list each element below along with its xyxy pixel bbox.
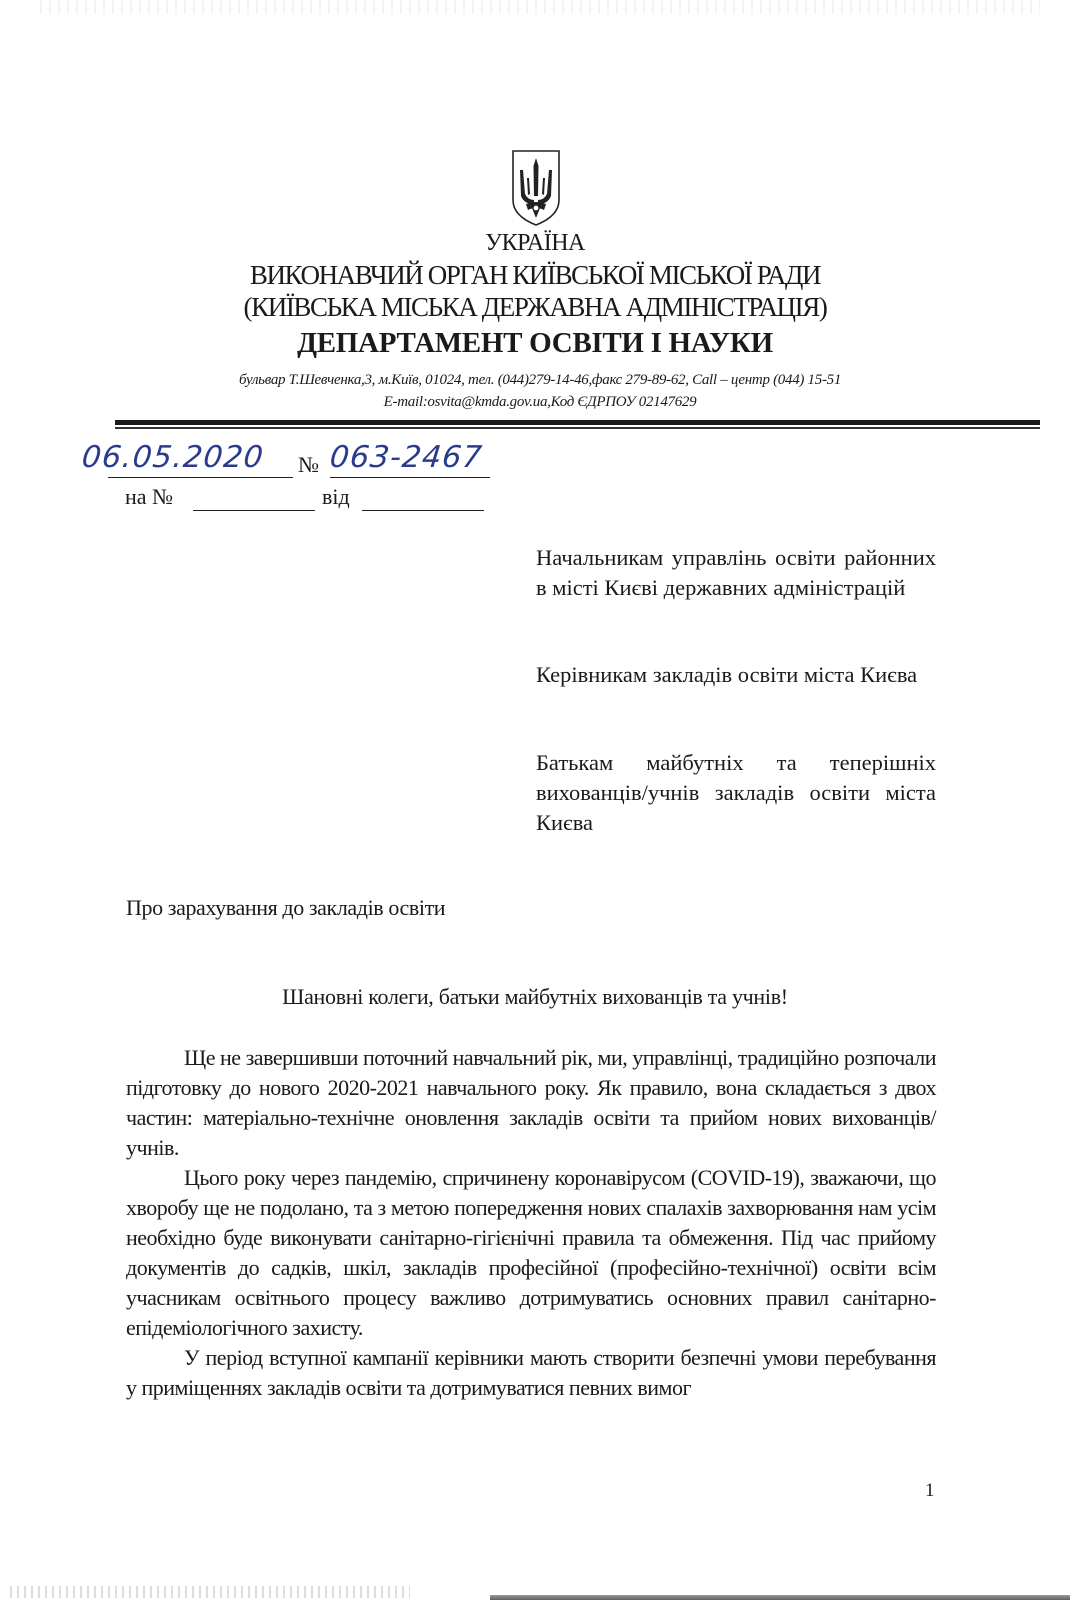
reply-to-label: на №	[125, 484, 173, 510]
header-department: ДЕПАРТАМЕНТ ОСВІТИ І НАУКИ	[0, 327, 1070, 360]
addressee-school-heads: Керівникам закладів освіти міста Києва	[536, 660, 936, 690]
letter-body: Ще не завершивши поточний навчальний рік…	[126, 1043, 936, 1403]
header-organization-line2: (КИЇВСЬКА МІСЬКА ДЕРЖАВНА АДМІНІСТРАЦІЯ)	[0, 292, 1070, 323]
reply-from-label: від	[322, 484, 350, 510]
number-underline	[330, 477, 490, 478]
page-number: 1	[925, 1480, 935, 1502]
header-organization-line1: ВИКОНАВЧИЙ ОРГАН КИЇВСЬКОЇ МІСЬКОЇ РАДИ	[0, 260, 1070, 291]
header-country: УКРАЇНА	[0, 230, 1070, 257]
body-paragraph: Цього року через пандемію, спричинену ко…	[126, 1163, 936, 1343]
scan-artifact-bottom	[0, 1586, 1070, 1600]
addressee-district-administrations: Начальникам управлінь освіти районних в …	[536, 543, 936, 603]
registration-line: 06.05.2020 063-2467	[80, 438, 600, 482]
body-paragraph: У період вступної кампанії керівники маю…	[126, 1343, 936, 1403]
handwritten-number: 063-2467	[328, 440, 484, 475]
reply-to-underline	[193, 510, 315, 511]
header-divider-thick	[115, 420, 1040, 425]
body-paragraph: Ще не завершивши поточний навчальний рік…	[126, 1043, 936, 1163]
reply-from-underline	[362, 510, 484, 511]
date-underline	[108, 477, 293, 478]
header-address: бульвар Т.Шевченка,3, м.Київ, 01024, тел…	[0, 372, 1070, 389]
header-divider-thin	[115, 427, 1040, 429]
header-email-line: E-mail:osvita@kmda.gov.ua,Код ЄДРПОУ 021…	[0, 394, 1070, 411]
letter-greeting: Шановні колеги, батьки майбутніх вихован…	[0, 984, 1070, 1010]
ukraine-trident-emblem-icon	[510, 148, 562, 228]
registration-number-label: №	[298, 452, 319, 478]
letter-subject: Про зарахування до закладів освіти	[126, 895, 445, 921]
handwritten-date: 06.05.2020	[80, 440, 265, 475]
addressee-parents: Батькам майбутніх та теперішніх вихованц…	[536, 748, 936, 838]
scan-artifact-top	[40, 0, 1040, 14]
